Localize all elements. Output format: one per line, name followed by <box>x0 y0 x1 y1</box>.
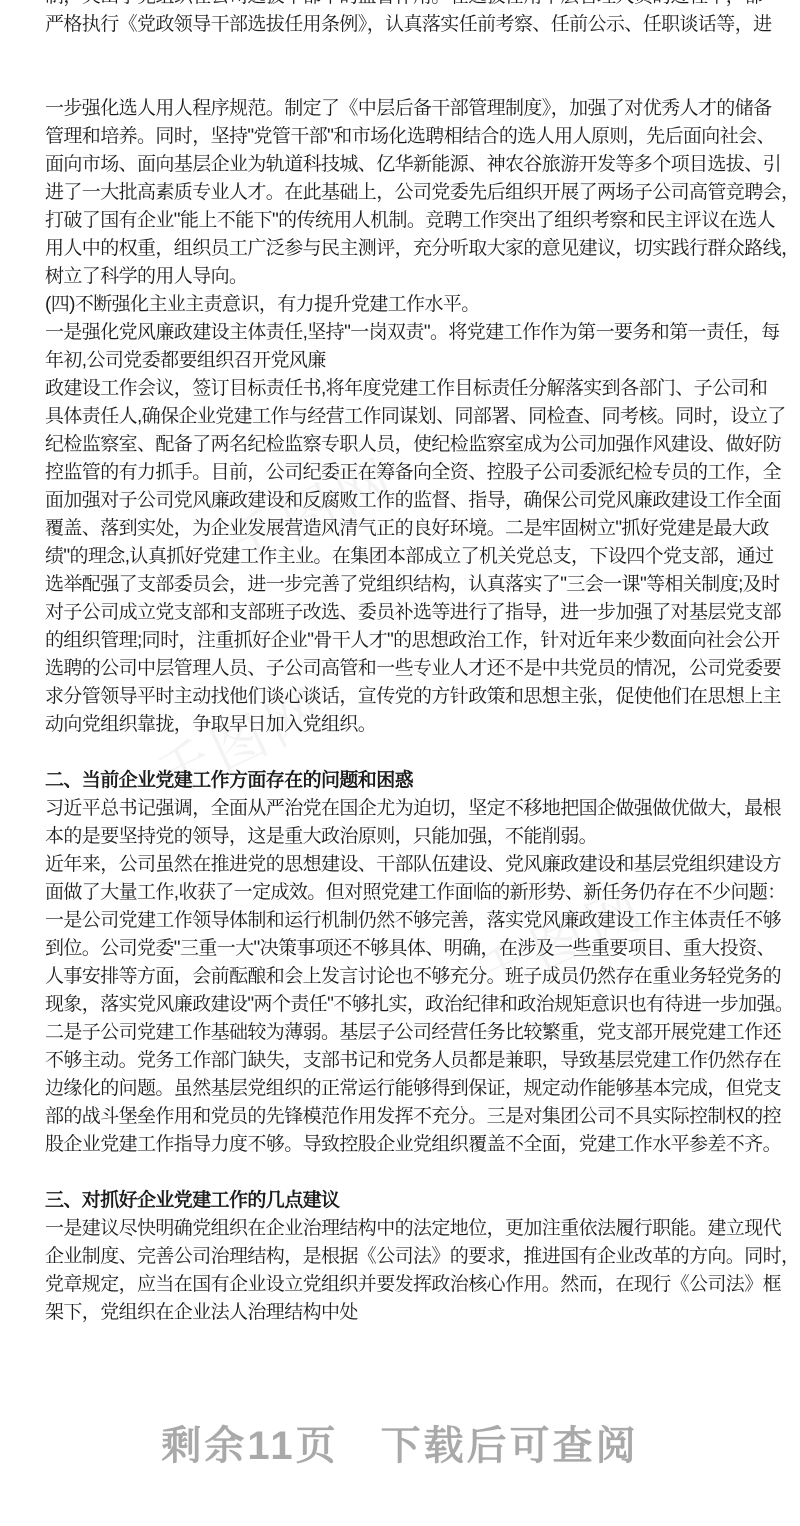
text-line: 选举配强了支部委员会，进一步完善了党组织结构，认真落实了"三会一课"等相关制度;… <box>45 571 755 599</box>
text-line: 面向市场、面向基层企业为轨道科技城、亿华新能源、神农谷旅游开发等多个项目选拔、引 <box>45 151 755 179</box>
text-line: 控监管的有力抓手。目前，公司纪委正在筹备向全资、控股子公司委派纪检专员的工作，全 <box>45 459 755 487</box>
document-body: 制，突出了党组织在公司选拔干部中的监督作用。在选拔任用中层管理人员的过程中，都严… <box>45 0 755 1327</box>
text-line: 近年来，公司虽然在推进党的思想建设、干部队伍建设、党风廉政建设和基层党组织建设方 <box>45 851 755 879</box>
text-line: 部的战斗堡垒作用和党员的先锋模范作用发挥不充分。三是对集团公司不具实际控制权的控 <box>45 1103 755 1131</box>
section-heading: 二、当前企业党建工作方面存在的问题和困惑 <box>45 767 755 795</box>
text-line: 求分管领导平时主动找他们谈心谈话，宣传党的方针政策和思想主张，促使他们在思想上主 <box>45 683 755 711</box>
text-line: 进了一大批高素质专业人才。在此基础上，公司党委先后组织开展了两场子公司高管竞聘会… <box>45 179 755 207</box>
blank-line <box>45 39 755 67</box>
blank-line <box>45 67 755 95</box>
text-line: 严格执行《党政领导干部选拔任用条例》，认真落实任前考察、任前公示、任职谈话等，进 <box>45 11 755 39</box>
text-line: 的组织管理;同时，注重抓好企业"骨干人才"的思想政治工作，针对近年来少数面向社会… <box>45 627 755 655</box>
text-line: 用人中的权重，组织员工广泛参与民主测评，充分听取大家的意见建议，切实践行群众路线… <box>45 235 755 263</box>
text-line: 本的是要坚持党的领导，这是重大政治原则，只能加强，不能削弱。 <box>45 823 755 851</box>
text-line: 一是建议尽快明确党组织在企业治理结构中的法定地位，更加注重依法履行职能。建立现代 <box>45 1215 755 1243</box>
blank-line <box>45 739 755 767</box>
text-line: 股企业党建工作指导力度不够。导致控股企业党组织覆盖不全面，党建工作水平参差不齐。 <box>45 1131 755 1159</box>
text-line: 架下，党组织在企业法人治理结构中处 <box>45 1299 755 1327</box>
text-line: 对子公司成立党支部和支部班子改选、委员补选等进行了指导，进一步加强了对基层党支部 <box>45 599 755 627</box>
clipped-text-line: 制，突出了党组织在公司选拔干部中的监督作用。在选拔任用中层管理人员的过程中，都 <box>45 0 755 11</box>
text-line: (四)不断强化主业主责意识，有力提升党建工作水平。 <box>45 291 755 319</box>
text-line: 政建设工作会议，签订目标责任书,将年度党建工作目标责任分解落实到各部门、子公司和 <box>45 375 755 403</box>
text-line: 不够主动。党务工作部门缺失，支部书记和党务人员都是兼职，导致基层党建工作仍然存在 <box>45 1047 755 1075</box>
text-line: 打破了国有企业"能上不能下"的传统用人机制。竞聘工作突出了组织考察和民主评议在选… <box>45 207 755 235</box>
text-line: 纪检监察室、配备了两名纪检监察专职人员，使纪检监察室成为公司加强作风建设、做好防 <box>45 431 755 459</box>
text-line: 习近平总书记强调，全面从严治党在国企尤为迫切，坚定不移地把国企做强做优做大，最根 <box>45 795 755 823</box>
remaining-pages-label: 剩余11页 <box>161 1424 338 1468</box>
text-line: 一是强化党风廉政建设主体责任,坚持"一岗双责"。将党建工作作为第一要务和第一责任… <box>45 319 755 347</box>
text-line: 企业制度、完善公司治理结构，是根据《公司法》的要求，推进国有企业改革的方向。同时… <box>45 1243 755 1271</box>
text-line: 一步强化选人用人程序规范。制定了《中层后备干部管理制度》，加强了对优秀人才的储备 <box>45 95 755 123</box>
section-heading: 三、对抓好企业党建工作的几点建议 <box>45 1187 755 1215</box>
text-line: 边缘化的问题。虽然基层党组织的正常运行能够得到保证，规定动作能够基本完成，但党支 <box>45 1075 755 1103</box>
text-line: 管理和培养。同时，坚持"党管干部"和市场化选聘相结合的选人用人原则，先后面向社会… <box>45 123 755 151</box>
text-line: 具体责任人,确保企业党建工作与经营工作同谋划、同部署、同检查、同考核。同时，设立… <box>45 403 755 431</box>
text-line: 面做了大量工作,收获了一定成效。但对照党建工作面临的新形势、新任务仍存在不少问题… <box>45 879 755 907</box>
text-line: 到位。公司党委"三重一大"决策事项还不够具体、明确，在涉及一些重要项目、重大投资… <box>45 935 755 963</box>
text-line: 人事安排等方面，会前酝酿和会上发言讨论也不够充分。班子成员仍然存在重业务轻党务的 <box>45 963 755 991</box>
text-line: 绩"的理念,认真抓好党建工作主业。在集团本部成立了机关党总支，下设四个党支部，通… <box>45 543 755 571</box>
text-line: 二是子公司党建工作基础较为薄弱。基层子公司经营任务比较繁重，党支部开展党建工作还 <box>45 1019 755 1047</box>
text-line: 现象，落实党风廉政建设"两个责任"不够扎实，政治纪律和政治规矩意识也有待进一步加… <box>45 991 755 1019</box>
text-line: 覆盖、落到实处，为企业发展营造风清气正的良好环境。二是牢固树立"抓好党建是最大政 <box>45 515 755 543</box>
text-line: 一是公司党建工作领导体制和运行机制仍然不够完善，落实党风廉政建设工作主体责任不够 <box>45 907 755 935</box>
text-line: 年初,公司党委都要组织召开党风廉 <box>45 347 755 375</box>
text-line: 树立了科学的用人导向。 <box>45 263 755 291</box>
text-line: 党章规定，应当在国有企业设立党组织并要发挥政治核心作用。然而，在现行《公司法》框 <box>45 1271 755 1299</box>
document-page: 千图网 千图网 千图网 制，突出了党组织在公司选拔干部中的监督作用。在选拔任用中… <box>0 0 800 1526</box>
blank-line <box>45 1159 755 1187</box>
text-line: 面加强对子公司党风廉政建设和反腐败工作的监督、指导，确保公司党风廉政建设工作全面 <box>45 487 755 515</box>
download-note-label: 下载后可查阅 <box>381 1424 639 1468</box>
text-line: 动向党组织靠拢，争取早日加入党组织。 <box>45 711 755 739</box>
download-prompt-banner[interactable]: 剩余11页下载后可查阅 <box>0 1414 800 1471</box>
text-line: 选聘的公司中层管理人员、子公司高管和一些专业人才还不是中共党员的情况，公司党委要 <box>45 655 755 683</box>
